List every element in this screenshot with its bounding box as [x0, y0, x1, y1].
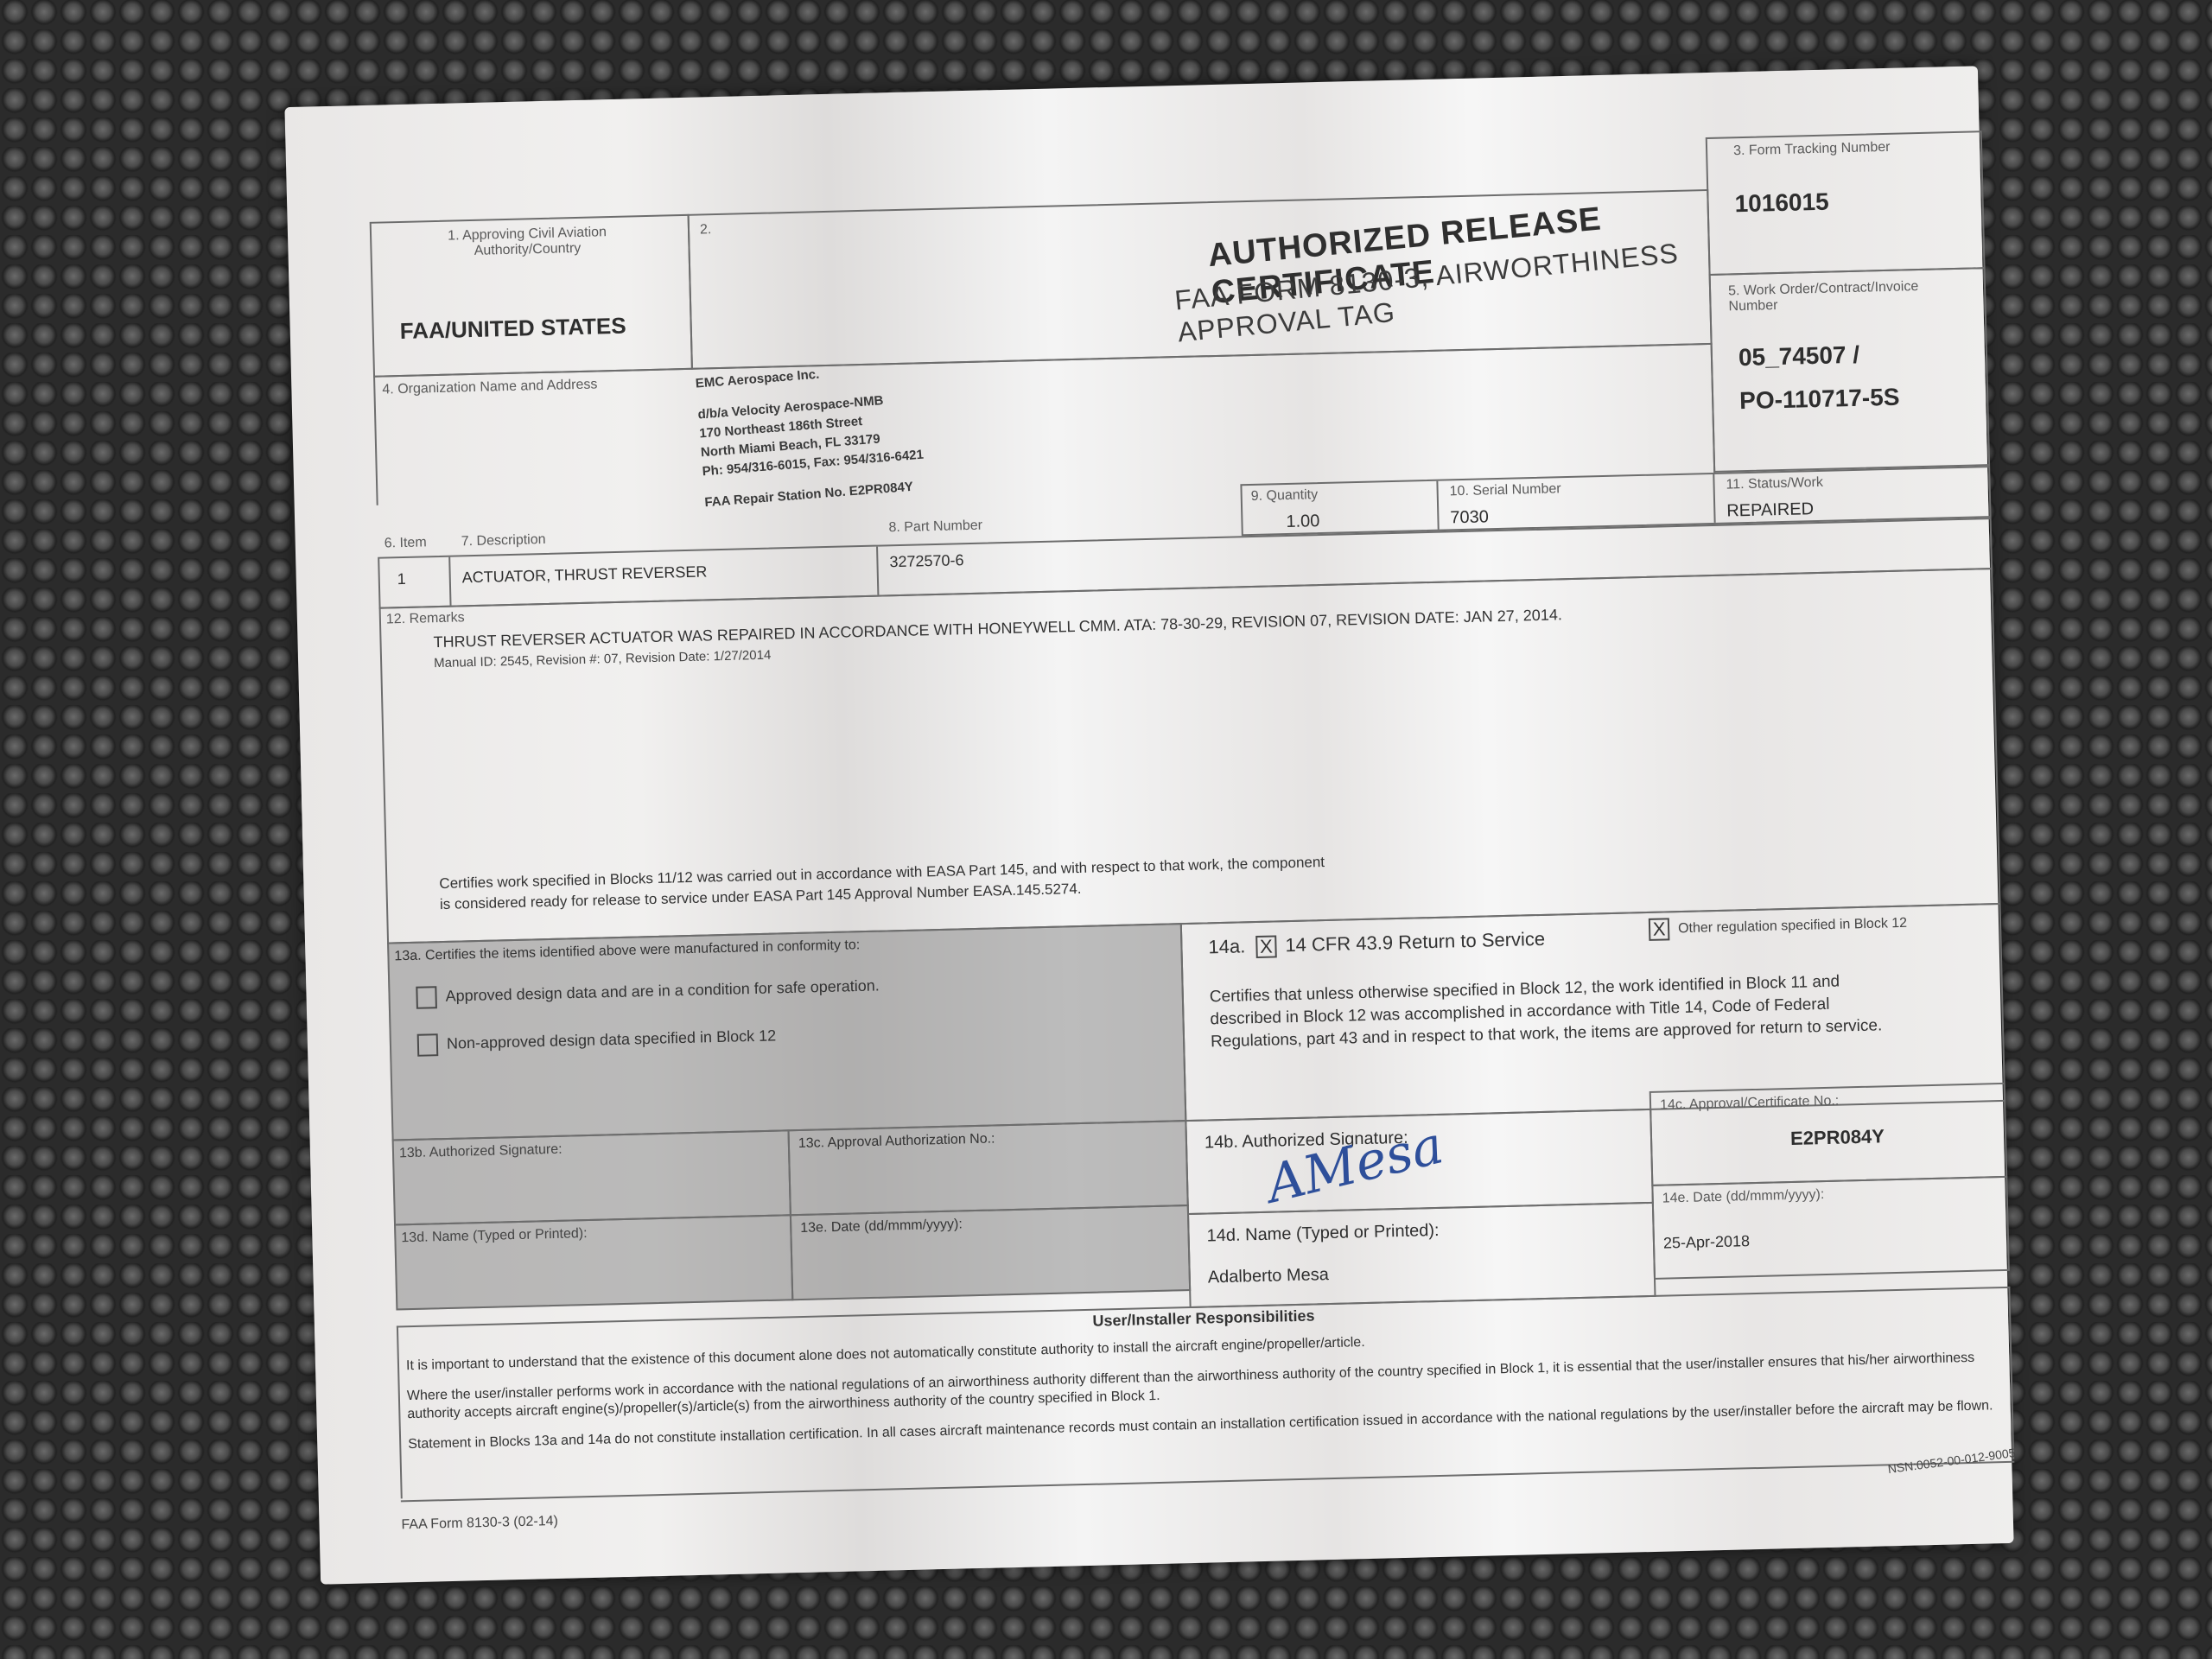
block-14e: 14e. Date (dd/mmm/yyyy): 25-Apr-2018 [1651, 1176, 2010, 1280]
checkbox-14cfr-43-9[interactable]: 14a. X14 CFR 43.9 Return to Service [1208, 928, 1545, 960]
sign-date: 25-Apr-2018 [1663, 1232, 1751, 1252]
block-1-label: 1. Approving Civil Aviation Authority/Co… [415, 224, 640, 260]
signer-name: Adalberto Mesa [1208, 1265, 1330, 1287]
block-14a-statement: Certifies that unless otherwise specifie… [1210, 969, 1883, 1053]
part-number: 3272570-6 [889, 551, 964, 571]
quantity-value: 1.00 [1286, 512, 1319, 532]
block-13b: 13b. Authorized Signature: [392, 1129, 791, 1225]
serial-header: 10. Serial Number [1449, 481, 1560, 499]
block-2-label: 2. [700, 222, 712, 238]
block-14b: 14b. Authorized Signature: AMesa [1185, 1109, 1654, 1215]
quantity-header: 9. Quantity [1251, 487, 1319, 505]
block-12-remarks: 12. Remarks THRUST REVERSER ACTUATOR WAS… [379, 568, 2001, 944]
checkbox-approved-design-box[interactable] [416, 986, 437, 1009]
block-13c: 13c. Approval Authorization No.: [787, 1120, 1188, 1216]
block-1: 1. Approving Civil Aviation Authority/Co… [370, 214, 693, 378]
remarks-line-1: THRUST REVERSER ACTUATOR WAS REPAIRED IN… [433, 606, 1562, 652]
block-1-value: FAA/UNITED STATES [399, 313, 626, 345]
block-13a-label: 13a. Certifies the items identified abov… [394, 938, 860, 964]
block-13e-label: 13e. Date (dd/mmm/yyyy): [800, 1217, 963, 1236]
description-header: 7. Description [461, 532, 546, 550]
block-13a: 13a. Certifies the items identified abov… [387, 923, 1186, 1141]
checkbox-approved-design[interactable]: Approved design data and are in a condit… [416, 976, 880, 1009]
block-14c: 14c. Approval/Certificate No.: E2PR084Y [1649, 1083, 2008, 1186]
form-version: FAA Form 8130-3 (02-14) [401, 1514, 558, 1533]
serial-value: 7030 [1450, 507, 1489, 528]
block-3: 3. Form Tracking Number 1016015 [1706, 130, 1986, 276]
block-13d: 13d. Name (Typed or Printed): [394, 1214, 793, 1310]
item-header: 6. Item [385, 535, 427, 551]
checkbox-other-regulation[interactable]: XOther regulation specified in Block 12 [1649, 912, 1908, 941]
block-13b-label: 13b. Authorized Signature: [399, 1142, 563, 1162]
item-number: 1 [397, 570, 407, 588]
repair-station-number: FAA Repair Station No. E2PR084Y [704, 477, 927, 513]
po-number: PO-110717-5S [1739, 384, 1900, 416]
checkbox-14cfr-mark[interactable]: X [1255, 936, 1277, 959]
block-14c-label: 14c. Approval/Certificate No.: [1660, 1094, 1840, 1114]
remarks-label: 12. Remarks [386, 610, 465, 627]
work-order-number: 05_74507 / [1738, 341, 1860, 372]
block-13d-label: 13d. Name (Typed or Printed): [401, 1226, 588, 1246]
block-14d: 14d. Name (Typed or Printed): Adalberto … [1187, 1202, 1656, 1308]
checkbox-non-approved-design-box[interactable] [417, 1033, 439, 1057]
item-description: ACTUATOR, THRUST REVERSER [462, 563, 708, 587]
form-tracking-number: 1016015 [1734, 188, 1829, 219]
organization-address: EMC Aerospace Inc. d/b/a Velocity Aerosp… [695, 358, 926, 512]
block-4-label: 4. Organization Name and Address [382, 377, 597, 397]
block-2: 2. AUTHORIZED RELEASE CERTIFICATE FAA FO… [688, 189, 1713, 370]
paper-sheet: 1. Approving Civil Aviation Authority/Co… [284, 66, 2013, 1584]
status-header: 11. Status/Work [1726, 475, 1823, 493]
block-5-label: 5. Work Order/Contract/Invoice Number [1728, 278, 1962, 315]
status-value: REPAIRED [1726, 499, 1814, 521]
block-3-label: 3. Form Tracking Number [1733, 140, 1891, 159]
block-13e: 13e. Date (dd/mmm/yyyy): [790, 1205, 1191, 1300]
checkbox-non-approved-design[interactable]: Non-approved design data specified in Bl… [417, 1026, 777, 1057]
block-14e-label: 14e. Date (dd/mmm/yyyy): [1662, 1187, 1825, 1207]
faa-8130-3-form: 1. Approving Civil Aviation Authority/Co… [369, 165, 2015, 1474]
block-14d-label: 14d. Name (Typed or Printed): [1206, 1221, 1439, 1247]
part-number-header: 8. Part Number [888, 518, 982, 537]
approval-certificate-number: E2PR084Y [1790, 1125, 1885, 1150]
remarks-line-2: Manual ID: 2545, Revision #: 07, Revisio… [434, 648, 772, 671]
block-13c-label: 13c. Approval Authorization No.: [798, 1131, 995, 1152]
checkbox-other-regulation-mark[interactable]: X [1649, 918, 1670, 941]
block-5: 5. Work Order/Contract/Invoice Number 05… [1709, 267, 1991, 473]
